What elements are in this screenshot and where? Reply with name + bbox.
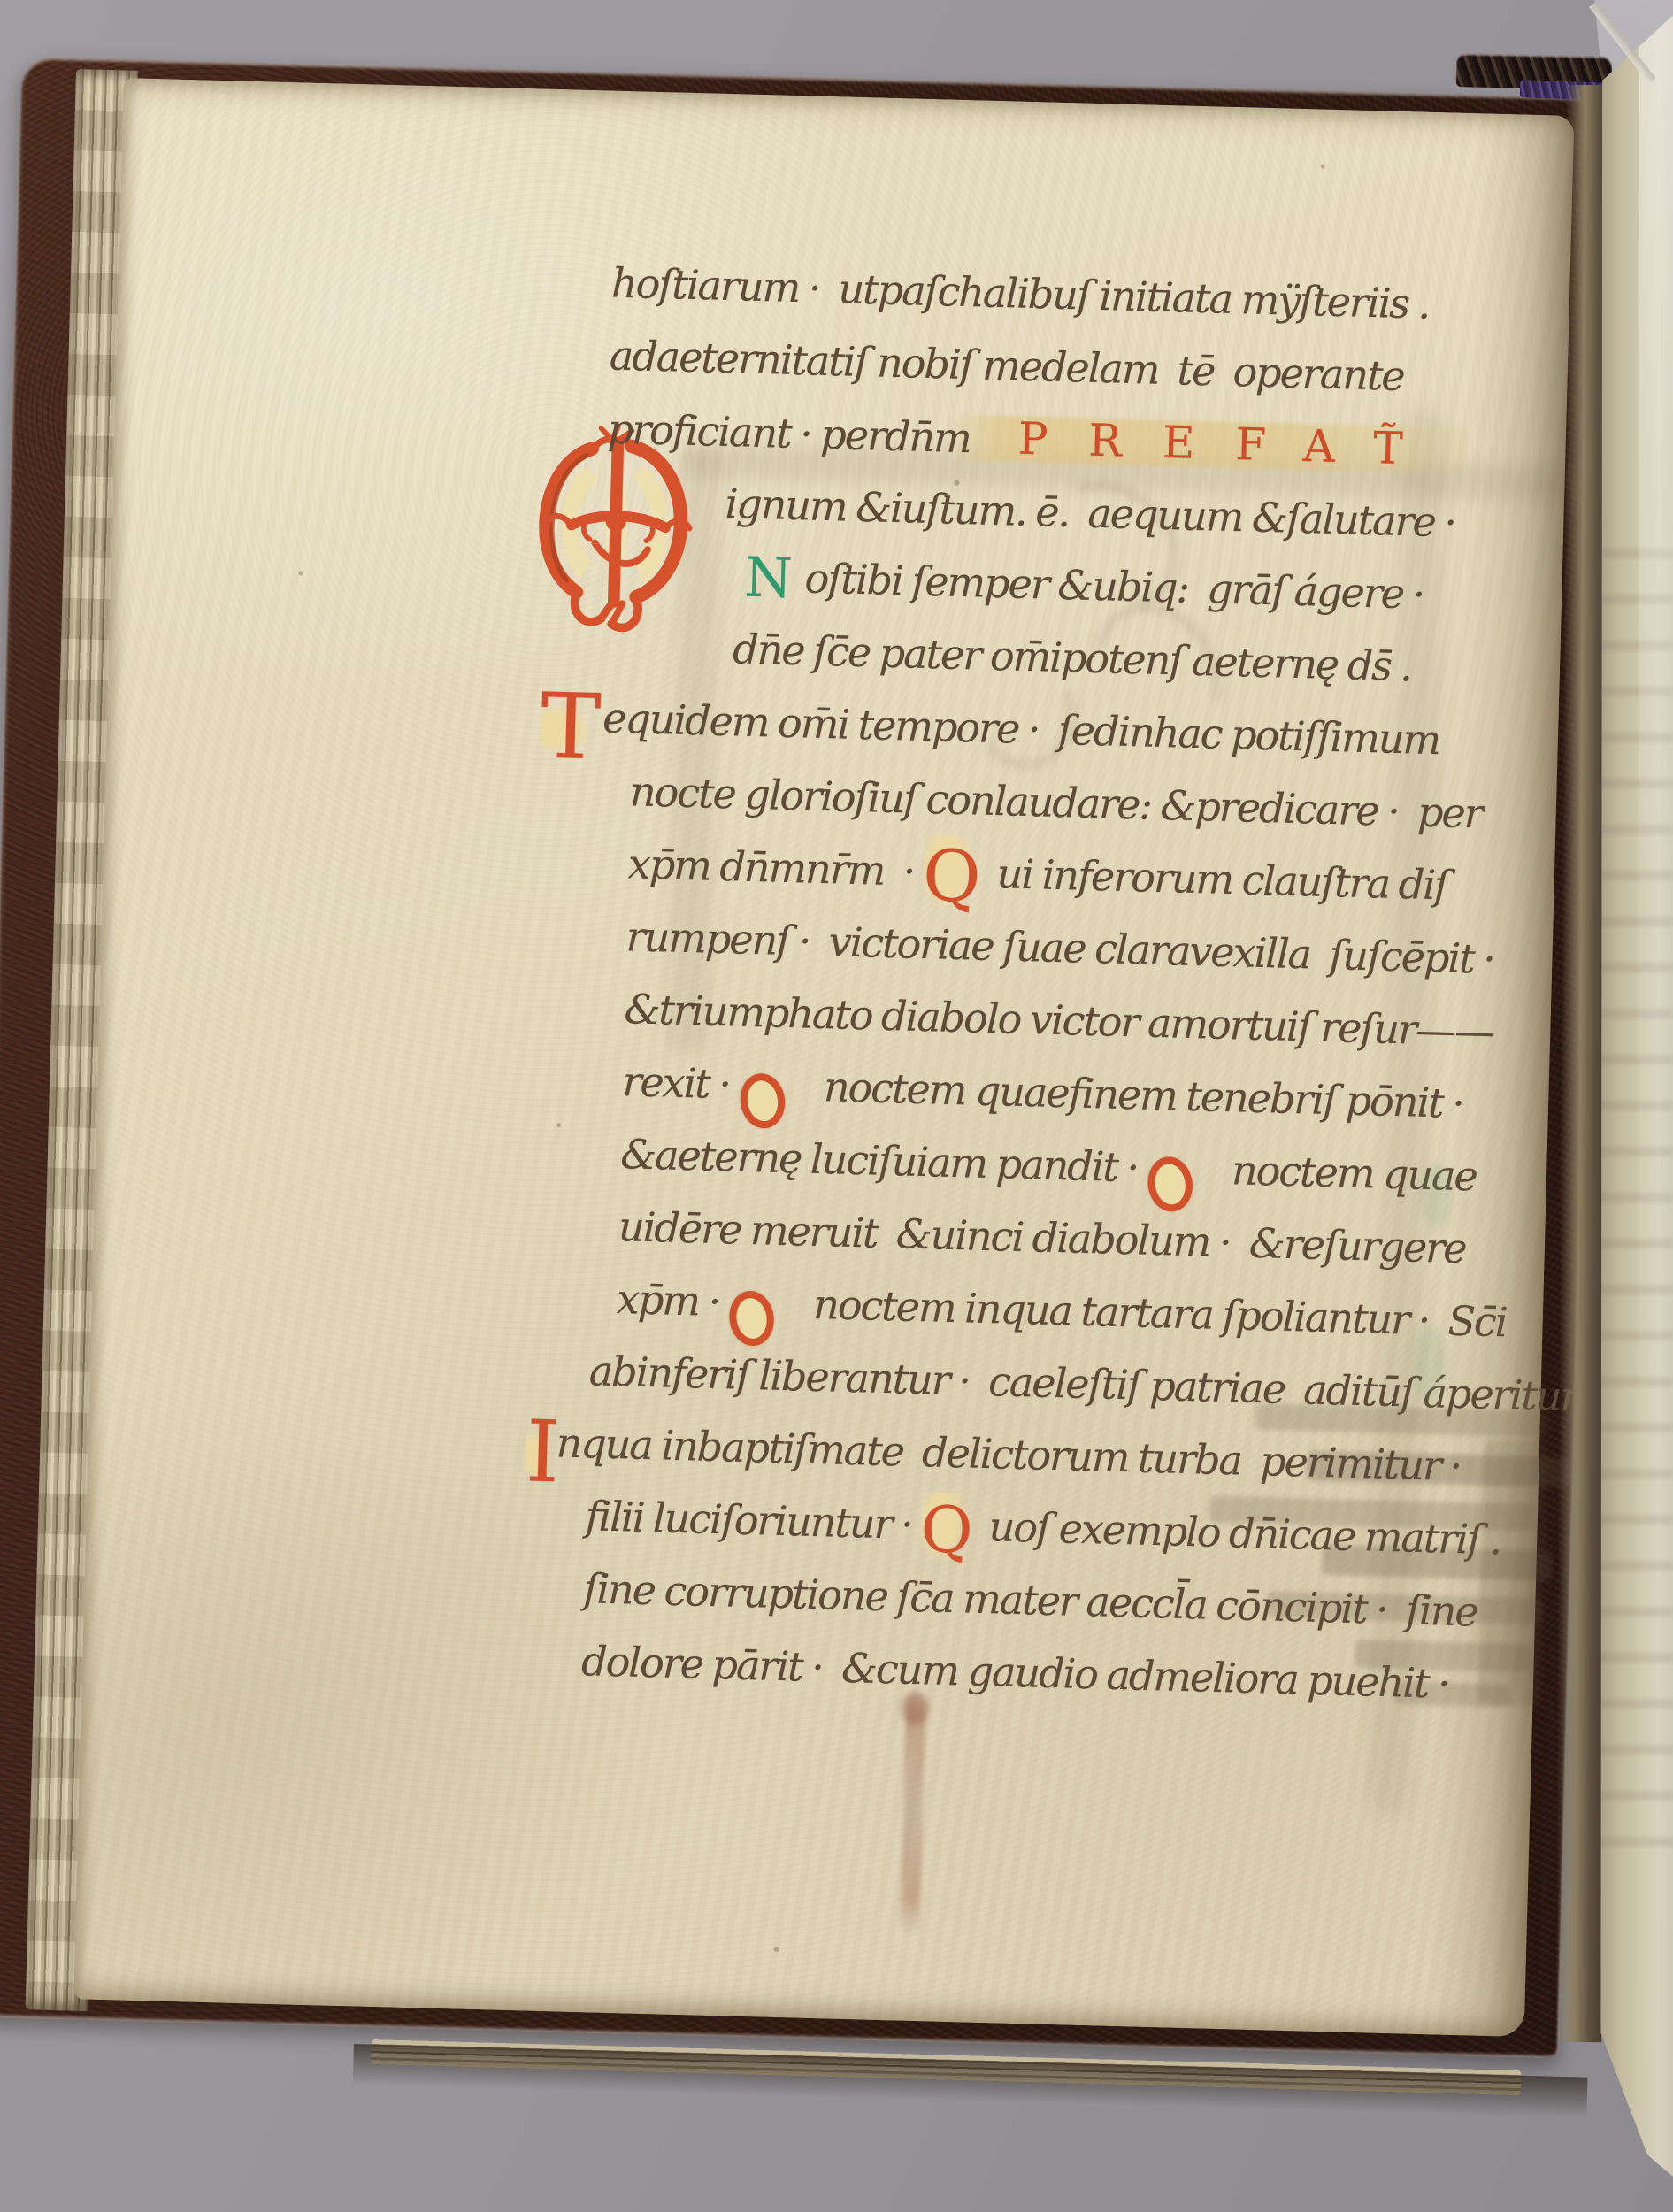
text-segment: proficiant · perdn̄m (607, 404, 971, 462)
manuscript-page: hoſtiarum · utpaſchalibuſ initiata mÿſte… (73, 78, 1574, 2037)
text-segment: dn̄e ſc̄e pater om̄ipotenſ aeternę ds̄ . (733, 625, 1412, 690)
text-segment: &aeternę luciſuiam pandit · (620, 1130, 1139, 1191)
text-segment: xp̄m dn̄mnr̄m · (627, 840, 915, 895)
text-segment: oſtibi ſemper &ubiq: grāſ ágere · (804, 554, 1424, 618)
red-initial-q: Q (922, 834, 980, 918)
parchment-speck (774, 1947, 779, 1952)
text-segment: filii luciſoriuntur · (585, 1492, 913, 1548)
text-segment: hoſtiarum · utpaſchalibuſ initiata mÿſte… (610, 259, 1430, 328)
rubric-heading: PREFAT̃ (1017, 413, 1444, 476)
green-initial-n: N (744, 545, 792, 611)
facing-page-edge (1598, 0, 1673, 2177)
red-initial-q: Q (920, 1492, 972, 1567)
text-segment: noctem quaefinem tenebriſ pōnit · (823, 1063, 1463, 1127)
photo-background: hoſtiarum · utpaſchalibuſ initiata mÿſte… (0, 0, 1673, 2212)
red-initial-i: I (526, 1425, 554, 1479)
parchment-speck (1321, 164, 1325, 168)
text-segment: ui inferorum clauſtra diſ (996, 849, 1448, 909)
red-stain-streak (900, 1690, 925, 1932)
red-initial-o: O (725, 1288, 778, 1349)
parchment-speck (556, 1123, 561, 1127)
text-segment: ignum &iuſtum. ē. aequum &ſalutare · (725, 480, 1456, 547)
facing-page-sheen (1639, 0, 1673, 2177)
text-segment: xp̄m · (616, 1275, 720, 1325)
red-initial-o: O (736, 1071, 788, 1132)
red-initial-t: T (540, 701, 598, 756)
parchment-speck (954, 480, 959, 486)
text-segment: adaeternitatiſ nobiſ medelam tē operante (609, 331, 1404, 399)
red-initial-o: O (1144, 1154, 1196, 1215)
text-segment: rexit · (622, 1057, 731, 1108)
text-segment: noctem inqua tartara ſpoliantur · Sc̄i (813, 1280, 1508, 1346)
